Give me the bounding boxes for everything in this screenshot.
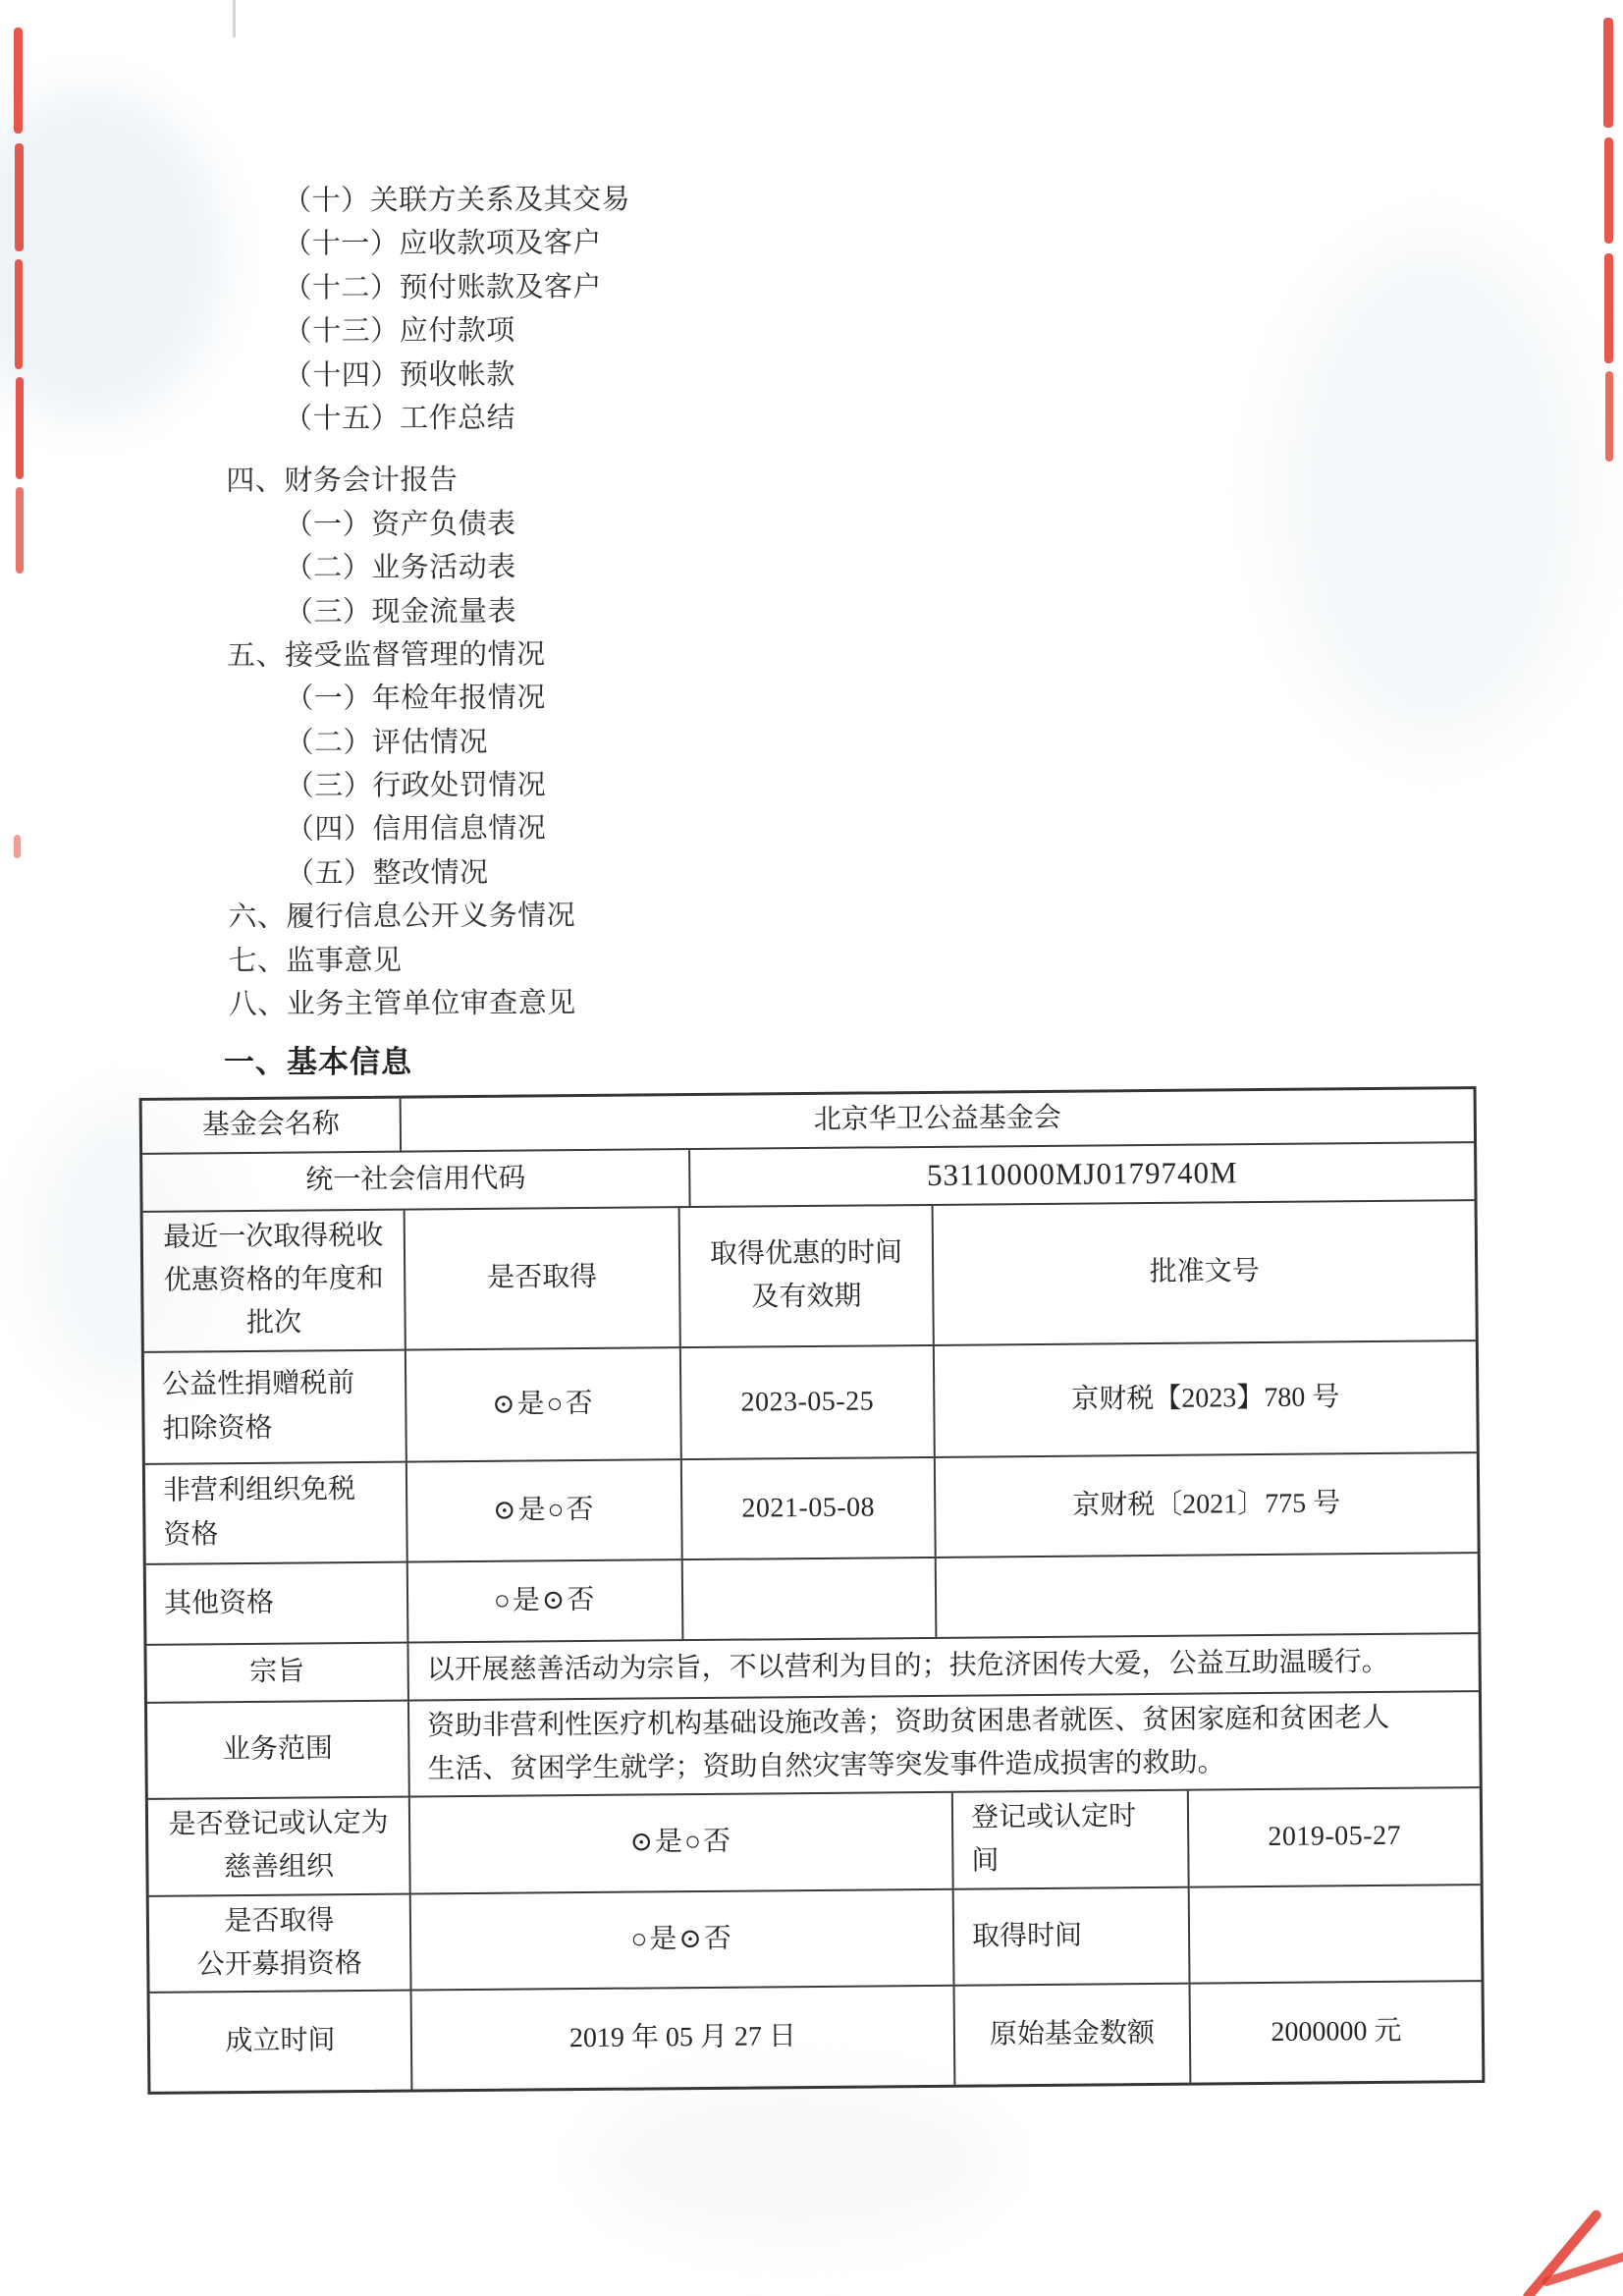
public-fundraising-time-label: 取得时间 — [952, 1887, 1189, 1985]
public-fundraising-radio: ○是⊙否 — [409, 1889, 953, 1989]
other-qualification-label: 其他资格 — [146, 1562, 407, 1643]
business-scope-label: 业务范围 — [147, 1701, 408, 1798]
charity-registration-time-label: 登记或认定时 间 — [951, 1791, 1188, 1888]
toc-item: （十）关联方关系及其交易 — [0, 174, 1623, 225]
donation-deduction-radio: ⊙是○否 — [405, 1348, 680, 1460]
original-fund-label: 原始基金数额 — [953, 1985, 1190, 2085]
table-row-business-scope: 业务范围 资助非营利性医疗机构基础设施改善；资助贫困患者就医、贫困家庭和贫困老人… — [147, 1690, 1480, 1798]
public-fundraising-time-value — [1188, 1886, 1482, 1983]
other-qualification-doc-no — [935, 1554, 1479, 1637]
toc-item: （二）业务活动表 — [2, 541, 1623, 592]
toc-item: 七、监事意见 — [3, 933, 1623, 984]
tax-exempt-time: 2021-05-08 — [680, 1458, 935, 1558]
toc-item: 五、接受监督管理的情况 — [2, 629, 1623, 680]
donation-deduction-label: 公益性捐赠税前 扣除资格 — [144, 1350, 406, 1462]
public-fundraising-label: 是否取得 公开募捐资格 — [149, 1894, 410, 1992]
charity-registration-label: 是否登记或认定为 慈善组织 — [148, 1798, 409, 1895]
toc-item: （十五）工作总结 — [1, 392, 1623, 443]
toc-item: （十四）预收帐款 — [1, 348, 1623, 399]
scan-red-mark-left — [14, 27, 23, 134]
basic-info-table: 基金会名称 北京华卫公益基金会 统一社会信用代码 53110000MJ01797… — [139, 1086, 1486, 2095]
toc-item: （二）评估情况 — [2, 715, 1623, 766]
table-row-public-fundraising: 是否取得 公开募捐资格 ○是⊙否 取得时间 — [149, 1884, 1482, 1992]
toc-item: （一）资产负债表 — [1, 498, 1623, 549]
foundation-name-value: 北京华卫公益基金会 — [400, 1089, 1474, 1151]
section-heading-basic-info: 一、基本信息 — [224, 1037, 412, 1081]
credit-code-value: 53110000MJ0179740M — [688, 1143, 1474, 1206]
other-qualification-time — [681, 1558, 936, 1639]
toc-item: 六、履行信息公开义务情况 — [3, 890, 1623, 941]
scanned-document-page: （十）关联方关系及其交易 （十一）应收款项及客户 （十二）预付账款及客户 （十三… — [0, 0, 1623, 2296]
table-row-tax-exempt: 非营利组织免税 资格 ⊙是○否 2021-05-08 京财税〔2021〕775 … — [145, 1451, 1478, 1563]
table-row-donation-deduction: 公益性捐赠税前 扣除资格 ⊙是○否 2023-05-25 京财税【2023】78… — [144, 1339, 1477, 1463]
table-row-established: 成立时间 2019 年 05 月 27 日 原始基金数额 2000000 元 — [150, 1980, 1483, 2092]
established-label: 成立时间 — [150, 1992, 411, 2092]
tax-exempt-doc-no: 京财税〔2021〕775 号 — [934, 1453, 1478, 1557]
charity-registration-time-value: 2019-05-27 — [1187, 1788, 1481, 1886]
toc-item: （十三）应付款项 — [1, 304, 1623, 355]
tax-header-batch: 最近一次取得税收 优惠资格的年度和 批次 — [143, 1211, 405, 1351]
tax-header-doc-no: 批准文号 — [932, 1201, 1476, 1344]
scan-red-mark-bottom — [1541, 2250, 1623, 2287]
scan-blotch — [589, 2082, 1001, 2239]
scan-red-mark-right — [1603, 18, 1613, 128]
toc-item: （十一）应收款项及客户 — [0, 217, 1623, 268]
original-fund-value: 2000000 元 — [1189, 1982, 1483, 2083]
toc-item: （五）整改情况 — [3, 847, 1623, 898]
donation-deduction-doc-no: 京财税【2023】780 号 — [933, 1341, 1477, 1456]
toc-item: （十二）预付账款及客户 — [0, 261, 1623, 312]
toc-item: 四、财务会计报告 — [1, 454, 1623, 505]
other-qualification-radio: ○是⊙否 — [406, 1560, 682, 1641]
toc-item: （三）行政处罚情况 — [3, 759, 1623, 810]
scan-red-mark-bottom — [1521, 2209, 1603, 2296]
table-of-contents: （十）关联方关系及其交易 （十一）应收款项及客户 （十二）预付账款及客户 （十三… — [0, 174, 1623, 1028]
credit-code-label: 统一社会信用代码 — [142, 1150, 688, 1211]
tax-exempt-radio: ⊙是○否 — [406, 1460, 681, 1560]
charity-registration-radio: ⊙是○否 — [408, 1793, 952, 1892]
tax-header-obtained: 是否取得 — [404, 1208, 679, 1348]
foundation-name-label: 基金会名称 — [142, 1099, 400, 1153]
established-value: 2019 年 05 月 27 日 — [410, 1987, 954, 2090]
table-row-tax-header: 最近一次取得税收 优惠资格的年度和 批次 是否取得 取得优惠的时间 及有效期 批… — [143, 1199, 1476, 1351]
table-row-mission: 宗旨 以开展慈善活动为宗旨，不以营利为目的；扶危济困传大爱，公益互助温暖行。 — [146, 1632, 1478, 1702]
table-row-credit-code: 统一社会信用代码 53110000MJ0179740M — [142, 1141, 1474, 1211]
toc-item: （一）年检年报情况 — [2, 672, 1623, 723]
toc-item: （三）现金流量表 — [2, 584, 1623, 635]
scan-gray-dash — [233, 0, 236, 37]
toc-item: （四）信用信息情况 — [3, 802, 1623, 853]
business-scope-value: 资助非营利性医疗机构基础设施改善；资助贫困患者就医、贫困家庭和贫困老人 生活、贫… — [407, 1692, 1480, 1796]
mission-value: 以开展慈善活动为宗旨，不以营利为目的；扶危济困传大爱，公益互助温暖行。 — [406, 1634, 1478, 1700]
tax-exempt-label: 非营利组织免税 资格 — [145, 1462, 406, 1562]
tax-header-time: 取得优惠的时间 及有效期 — [678, 1206, 933, 1346]
table-row-other-qualification: 其他资格 ○是⊙否 — [146, 1552, 1479, 1644]
mission-label: 宗旨 — [146, 1643, 406, 1701]
toc-item: 八、业务主管单位审查意见 — [4, 977, 1623, 1028]
table-row-charity-registration: 是否登记或认定为 慈善组织 ⊙是○否 登记或认定时 间 2019-05-27 — [148, 1786, 1481, 1894]
donation-deduction-time: 2023-05-25 — [679, 1346, 934, 1458]
